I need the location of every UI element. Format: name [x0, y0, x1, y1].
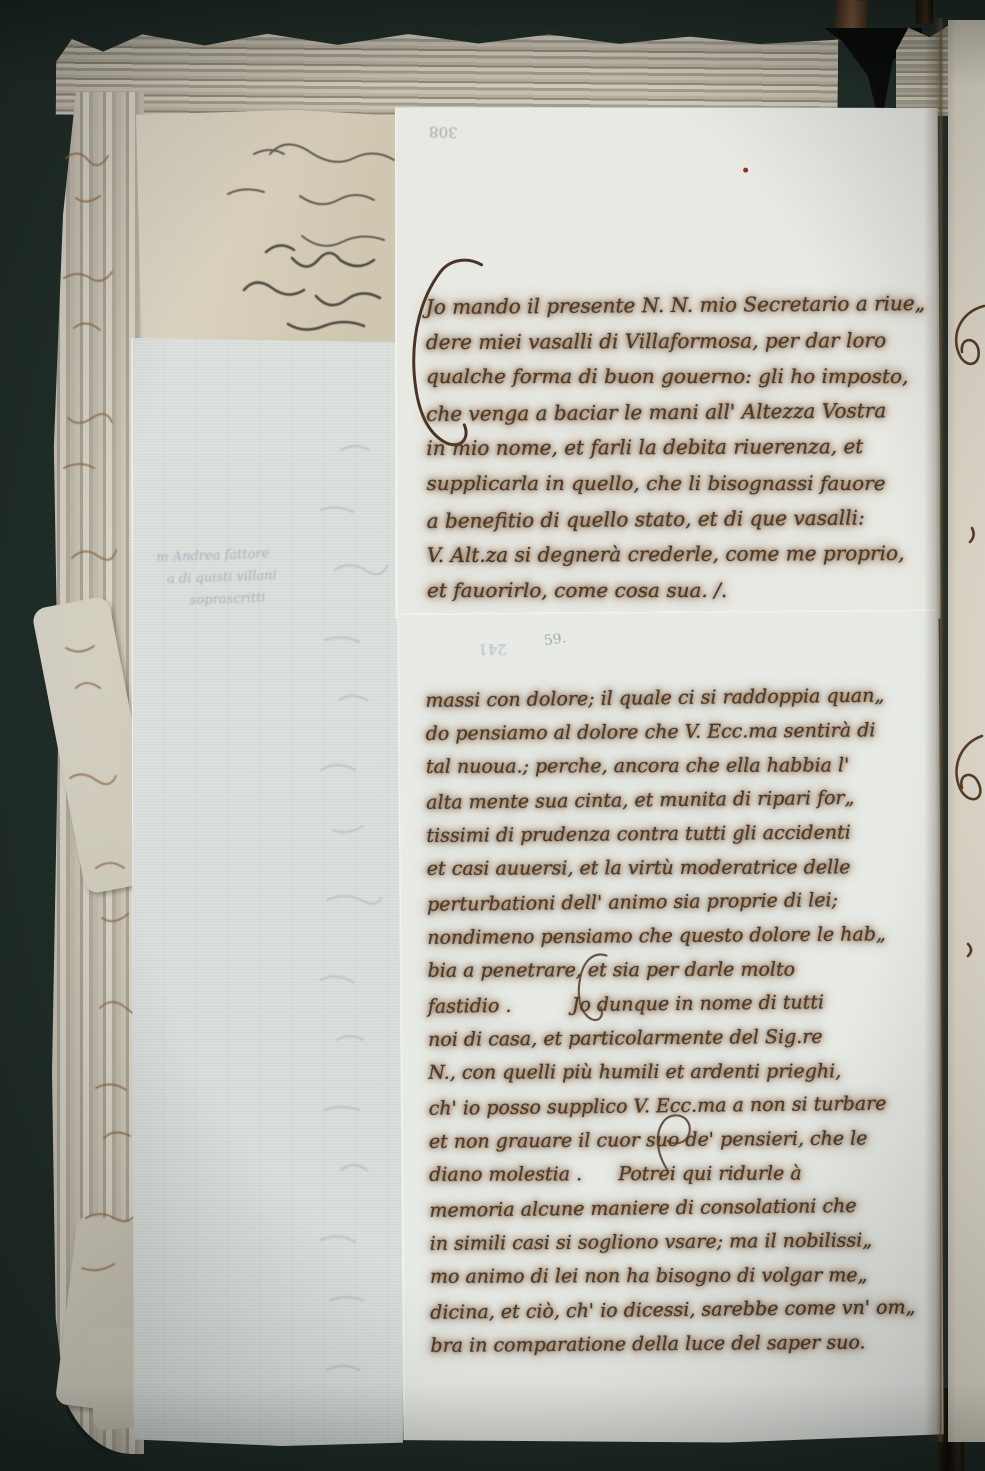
manuscript-line: mo animo di lei non ha bisogno di volgar…	[430, 1258, 932, 1294]
manuscript-line: a benefitio di quello stato, et di que v…	[427, 500, 927, 540]
blank-blue-sheet: m Andrea fattore a di quisti villani sop…	[131, 338, 404, 1446]
manuscript-line: ch' io posso supplico V. Ecc.ma a non si…	[428, 1086, 930, 1126]
manuscript-line: tissimi di prudenza contra tutti gli acc…	[426, 815, 928, 853]
red-ink-speck	[743, 168, 748, 173]
archive-manuscript-photo: m Andrea fattore a di quisti villani sop…	[0, 0, 985, 1471]
manuscript-line: perturbationi dell' animo sia proprie di…	[427, 882, 929, 922]
manuscript-line: in simili casi si sogliono vsare; ma il …	[430, 1223, 932, 1261]
upper-letter-text: Jo mando il presente N. N. mio Secretari…	[426, 287, 927, 610]
lower-letter-page: 241 59. massi con dolore; il quale ci si…	[396, 609, 946, 1445]
upper-folio-number: 308	[429, 123, 458, 142]
manuscript-line: bia a penetrare, et sia per darle molto	[427, 952, 929, 988]
manuscript-line: in mio nome, et farli la debita riuerenz…	[426, 429, 926, 467]
manuscript-line: supplicarla in quello, che li bisognassi…	[427, 466, 927, 502]
gutter-fold	[924, 18, 956, 1442]
manuscript-line: diano molestia . Potrei qui ridurle à	[429, 1156, 931, 1192]
manuscript-line: et non grauare il cuor suo de' pensieri,…	[429, 1121, 931, 1159]
manuscript-line: qualche forma di buon gouerno: gli ho im…	[426, 359, 926, 395]
manuscript-line: massi con dolore; il quale ci si raddopp…	[425, 678, 927, 718]
manuscript-line: che venga a baciar le mani all' Altezza …	[426, 393, 926, 433]
manuscript-line: alta mente sua cinta, et munita di ripar…	[426, 780, 928, 820]
manuscript-line: N., con quelli più humili et ardenti pri…	[428, 1054, 930, 1090]
lower-folio-mark-blue: 241	[478, 640, 507, 658]
manuscript-line: dere miei vasalli di Villaformosa, per d…	[426, 322, 926, 360]
manuscript-line: fastidio . Jo dunque in nome di tutti	[428, 984, 930, 1024]
manuscript-line: memoria alcune maniere di consolationi c…	[429, 1188, 931, 1228]
manuscript-line: noi di casa, et particolarmente del Sig.…	[428, 1019, 930, 1057]
manuscript-line: et casi auuersi, et la virtù moderatrice…	[427, 850, 929, 886]
top-left-sheet	[136, 110, 424, 354]
mirrored-bleedthrough-script	[144, 140, 414, 340]
manuscript-line: dicina, et ciò, ch' io dicessi, sarebbe …	[430, 1290, 932, 1330]
blue-showthrough-script	[281, 430, 399, 1420]
manuscript-line: bra in comparatione della luce del saper…	[430, 1325, 932, 1363]
lower-folio-mark-gray: 59.	[543, 630, 567, 649]
manuscript-line: Jo mando il presente N. N. mio Secretari…	[426, 286, 926, 326]
page-stack-top-edge	[56, 27, 839, 122]
manuscript-line: V. Alt.za si degnerà crederle, come me p…	[427, 536, 927, 574]
manuscript-line: do pensiamo al dolore che V. Ecc.ma sent…	[426, 713, 928, 751]
manuscript-line: tal nuoua.; perche, ancora che ella habb…	[426, 748, 928, 784]
manuscript-line: et fauorirlo, come cosa sua. /.	[427, 573, 927, 609]
lower-letter-text: massi con dolore; il quale ci si raddopp…	[425, 679, 932, 1363]
manuscript-line: nondimeno pensiamo che questo dolore le …	[427, 917, 929, 955]
upper-letter-page: 308 Jo mando il presente N. N. mio Secre…	[393, 105, 941, 623]
